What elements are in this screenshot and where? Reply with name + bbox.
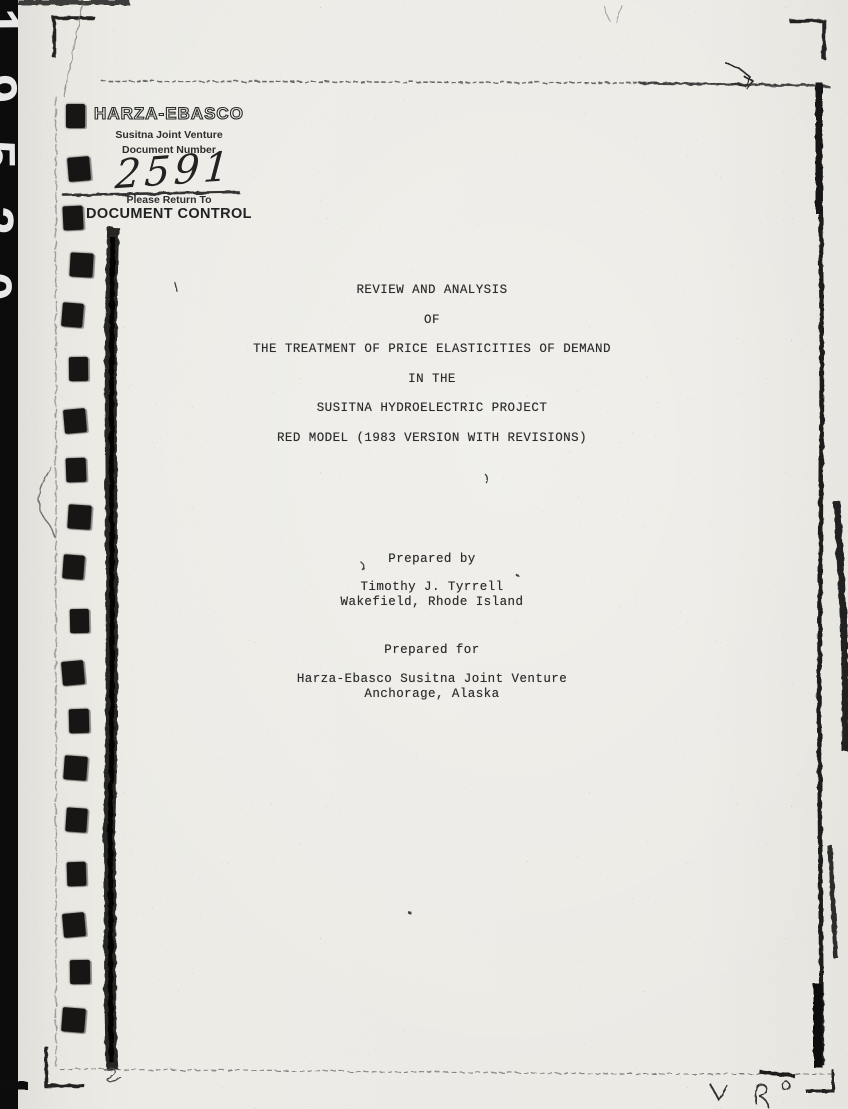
corner-mark-bottom-left: [46, 1048, 83, 1086]
binding-hole-mark: [66, 457, 87, 482]
binding-hole-mark: [62, 912, 86, 938]
title-line-3: THE TREATMENT OF PRICE ELASTICITIES OF D…: [16, 342, 848, 356]
binding-hole-mark: [67, 504, 92, 529]
prepared-by-heading: Prepared by: [16, 552, 848, 566]
corner-mark-top-left: [54, 18, 93, 56]
bottom-right-dash: [762, 1072, 793, 1076]
binding-hole-mark: [66, 807, 89, 832]
title-line-4: IN THE: [16, 372, 848, 386]
top-edge-bar: [18, 0, 130, 5]
binding-hole-mark: [69, 252, 93, 277]
top-left-diagonal-crease: [64, 2, 83, 96]
stamp-document-control: DOCUMENT CONTROL: [70, 206, 268, 222]
binding-hole-mark: [70, 609, 90, 633]
page-top-fold-line: [102, 81, 828, 85]
stray-dot-2: [408, 911, 411, 914]
author-location: Wakefield, Rhode Island: [16, 595, 848, 609]
pen-arrow-mark: [726, 63, 753, 88]
film-edge-digits: 19520: [0, 0, 18, 313]
right-scan-edge: [819, 86, 822, 1063]
stamp-return-note: Please Return To: [84, 194, 254, 206]
bottom-right-ring-mark: [782, 1082, 790, 1090]
client-org: Harza-Ebasco Susitna Joint Venture: [16, 672, 848, 686]
title-line-1: REVIEW AND ANALYSIS: [16, 283, 848, 297]
handwritten-r-mark: [755, 1084, 769, 1108]
client-location: Anchorage, Alaska: [16, 687, 848, 701]
document-control-stamp: HARZA-EBASCO Susitna Joint Venture Docum…: [72, 104, 262, 234]
stray-comma-1: [486, 475, 488, 483]
right-edge-streak: [837, 505, 845, 748]
handwritten-document-number: 2591: [113, 144, 236, 199]
binding-hole-mark: [63, 756, 88, 782]
stray-dot-1: [516, 574, 519, 577]
left-margin-squiggle: [39, 468, 55, 537]
stamp-org-name: HARZA-EBASCO: [84, 104, 254, 124]
binding-hole-mark: [67, 861, 87, 886]
title-line-5: SUSITNA HYDROELECTRIC PROJECT: [16, 401, 848, 415]
binding-hole-mark: [69, 709, 90, 734]
title-line-6: RED MODEL (1983 VERSION WITH REVISIONS): [16, 431, 848, 445]
corner-mark-bottom-right: [807, 1071, 833, 1091]
handwritten-v-mark: [711, 1085, 727, 1100]
scanned-title-page: 19520 HARZA-EBASCO Susitna Joint Venture…: [0, 0, 848, 1109]
binding-hole-mark: [70, 960, 90, 984]
top-middle-mark: [604, 6, 622, 22]
z-scribble: [105, 1068, 121, 1081]
prepared-for-heading: Prepared for: [16, 643, 848, 657]
corner-mark-top-right: [791, 21, 824, 58]
bottom-fold-line: [60, 1069, 832, 1074]
author-name: Timothy J. Tyrrell: [16, 580, 848, 594]
binding-hole-mark: [61, 1007, 86, 1033]
title-line-2: OF: [16, 313, 848, 327]
stamp-venture-line: Susitna Joint Venture: [84, 129, 254, 141]
